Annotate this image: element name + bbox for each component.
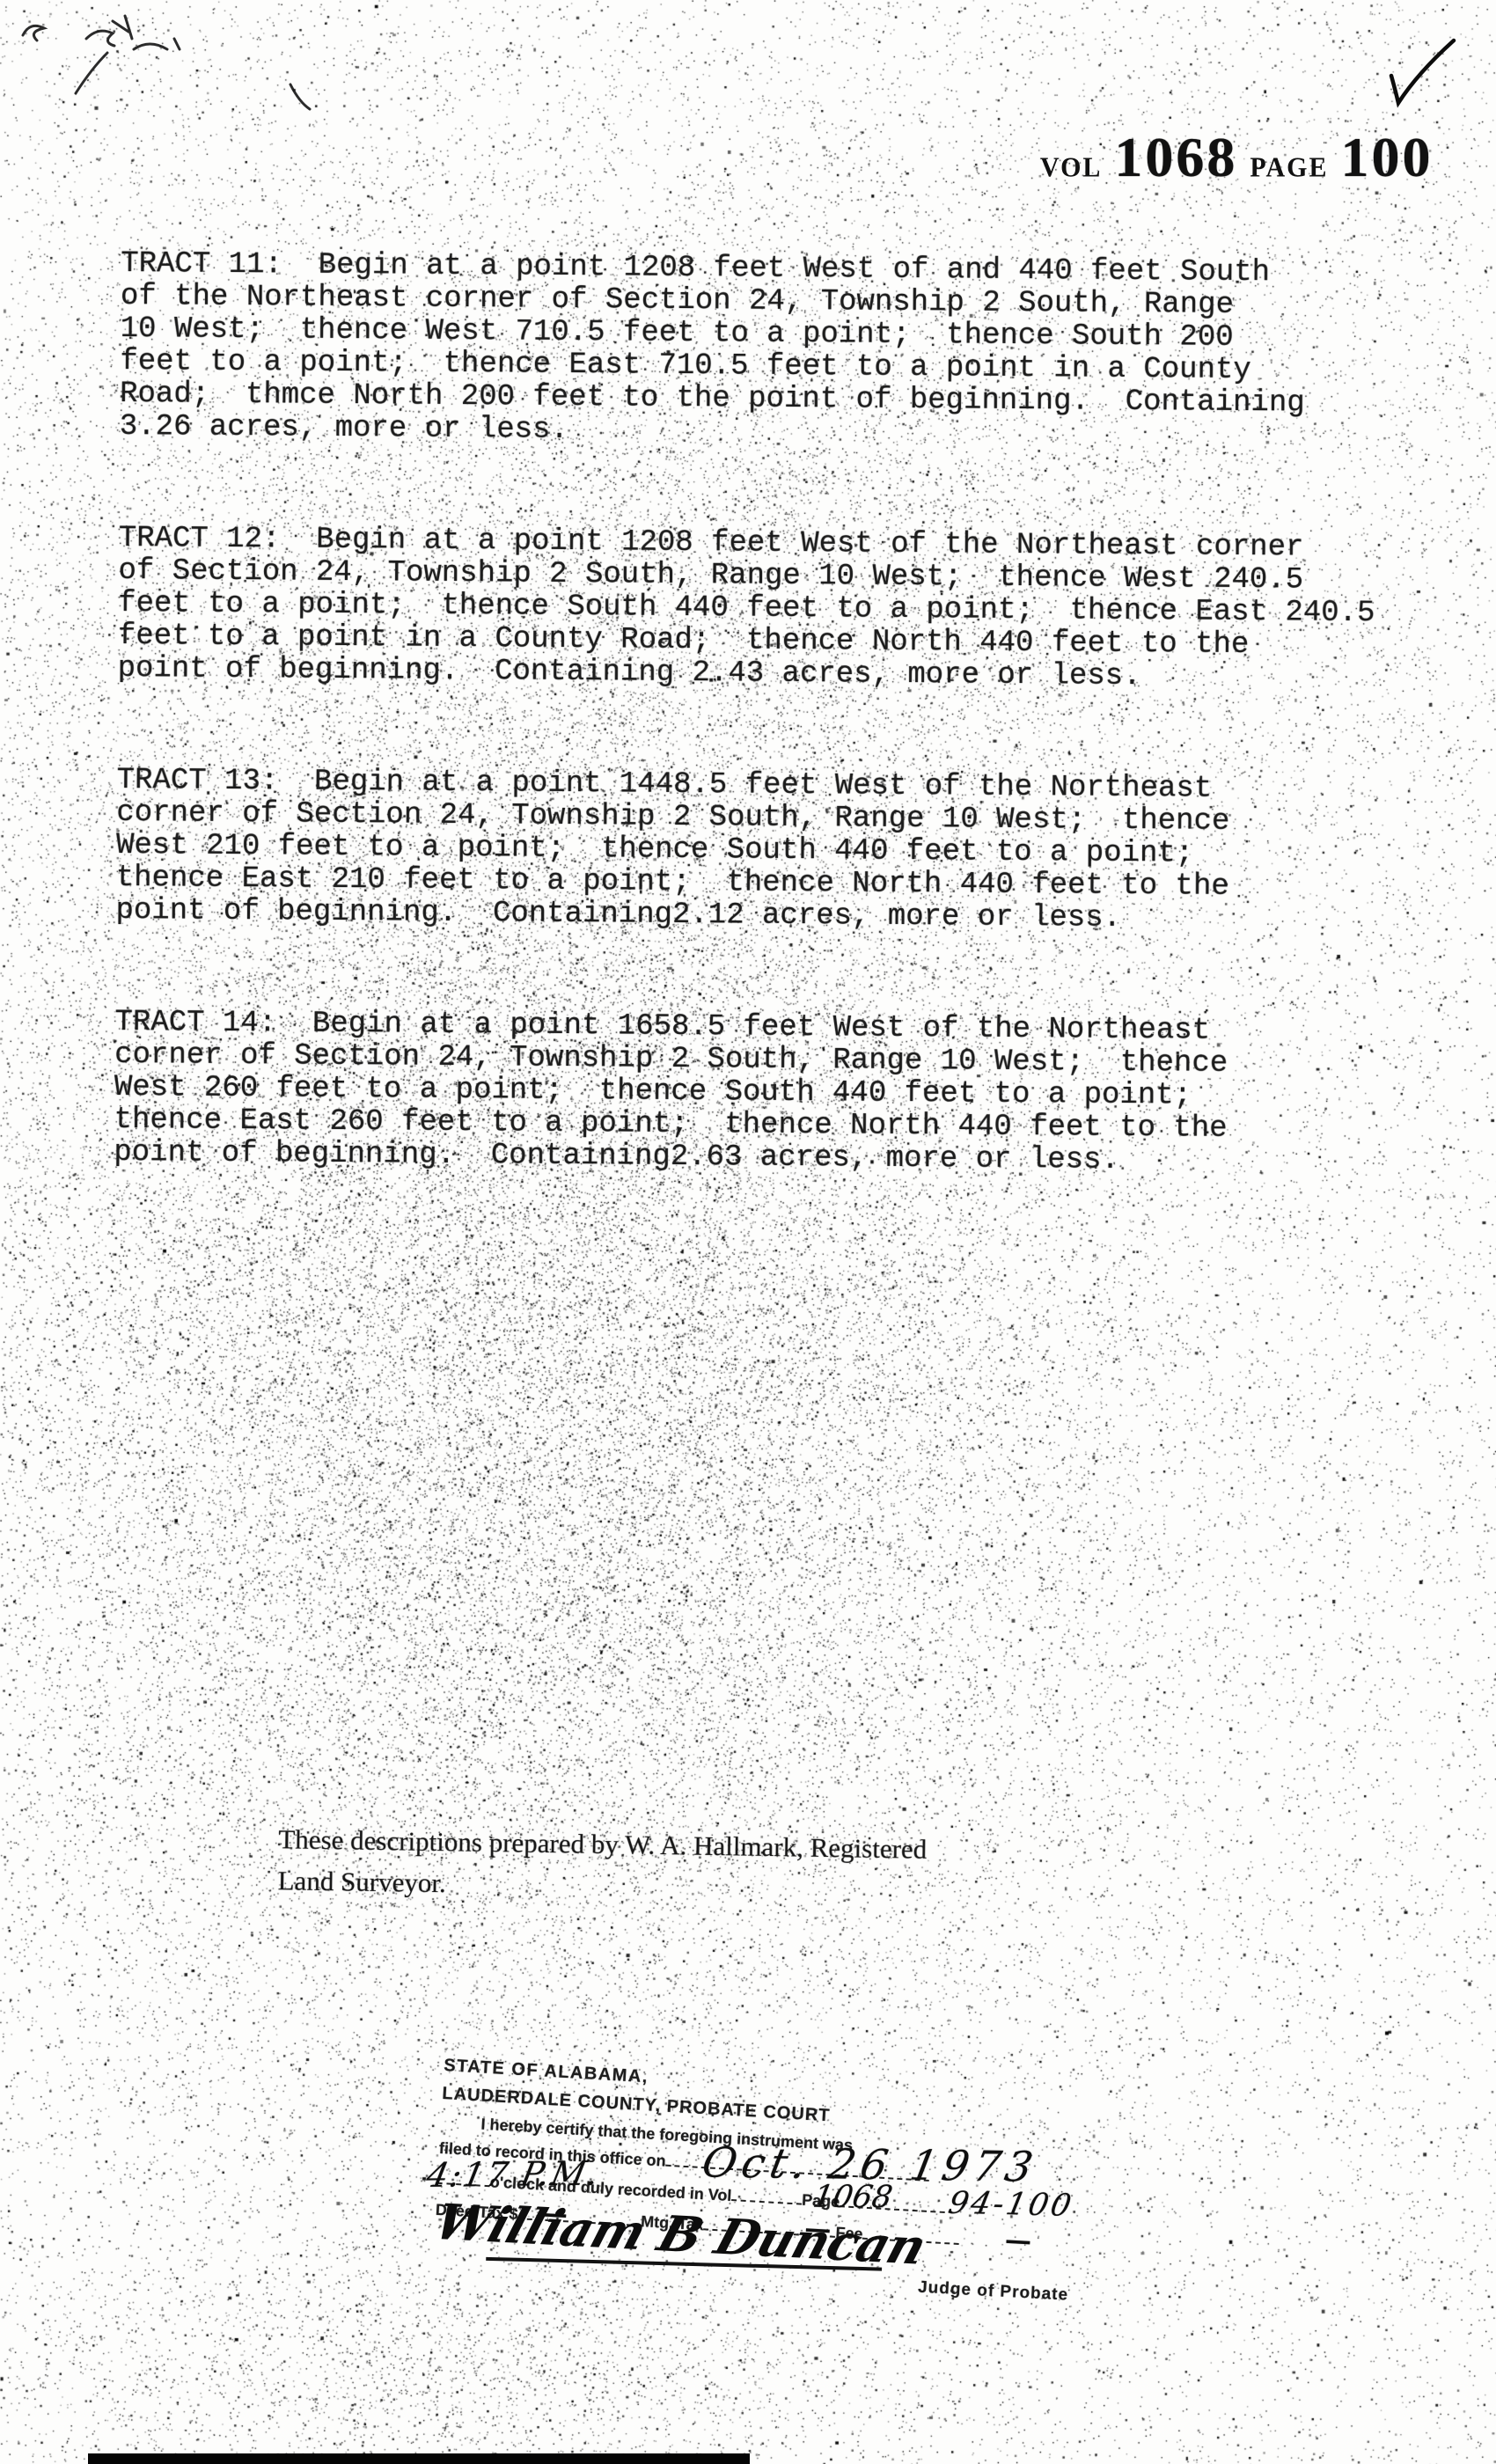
judge-of-probate-label: Judge of Probate: [918, 2278, 1069, 2306]
page-number: 100: [1341, 125, 1434, 190]
volume-page-stamp: VOL 1068 PAGE 100: [1040, 125, 1434, 190]
tract-14-paragraph: TRACT 14: Begin at a point 1658.5 feet W…: [114, 1007, 1417, 1180]
tract-11-paragraph: TRACT 11: Begin at a point 1208 feet Wes…: [120, 248, 1424, 454]
handwritten-time: 4:17 P.M.: [423, 2153, 604, 2195]
checkmark-icon: [1391, 40, 1454, 103]
scanned-deed-document: VOL 1068 PAGE 100 TRACT 11: Begin at a p…: [0, 0, 1496, 2464]
tract-12-paragraph: TRACT 12: Begin at a point 1208 feet Wes…: [118, 523, 1421, 696]
scan-artifact-bar: [88, 2453, 750, 2464]
tract-descriptions: TRACT 11: Begin at a point 1208 feet Wes…: [113, 183, 1423, 1259]
vol-label: VOL: [1040, 152, 1102, 184]
vol-number: 1068: [1114, 125, 1237, 190]
handwritten-vol-number: 1068: [810, 2180, 895, 2215]
handwritten-dash-fee: —: [1004, 2225, 1032, 2257]
vol-blank: [731, 2187, 803, 2205]
page-label: PAGE: [1250, 152, 1328, 184]
handwritten-page-range: 94-100: [945, 2186, 1076, 2224]
tract-13-paragraph: TRACT 13: Begin at a point 1448.5 feet W…: [115, 765, 1419, 938]
surveyor-note: These descriptions prepared by W. A. Hal…: [277, 1818, 927, 1911]
